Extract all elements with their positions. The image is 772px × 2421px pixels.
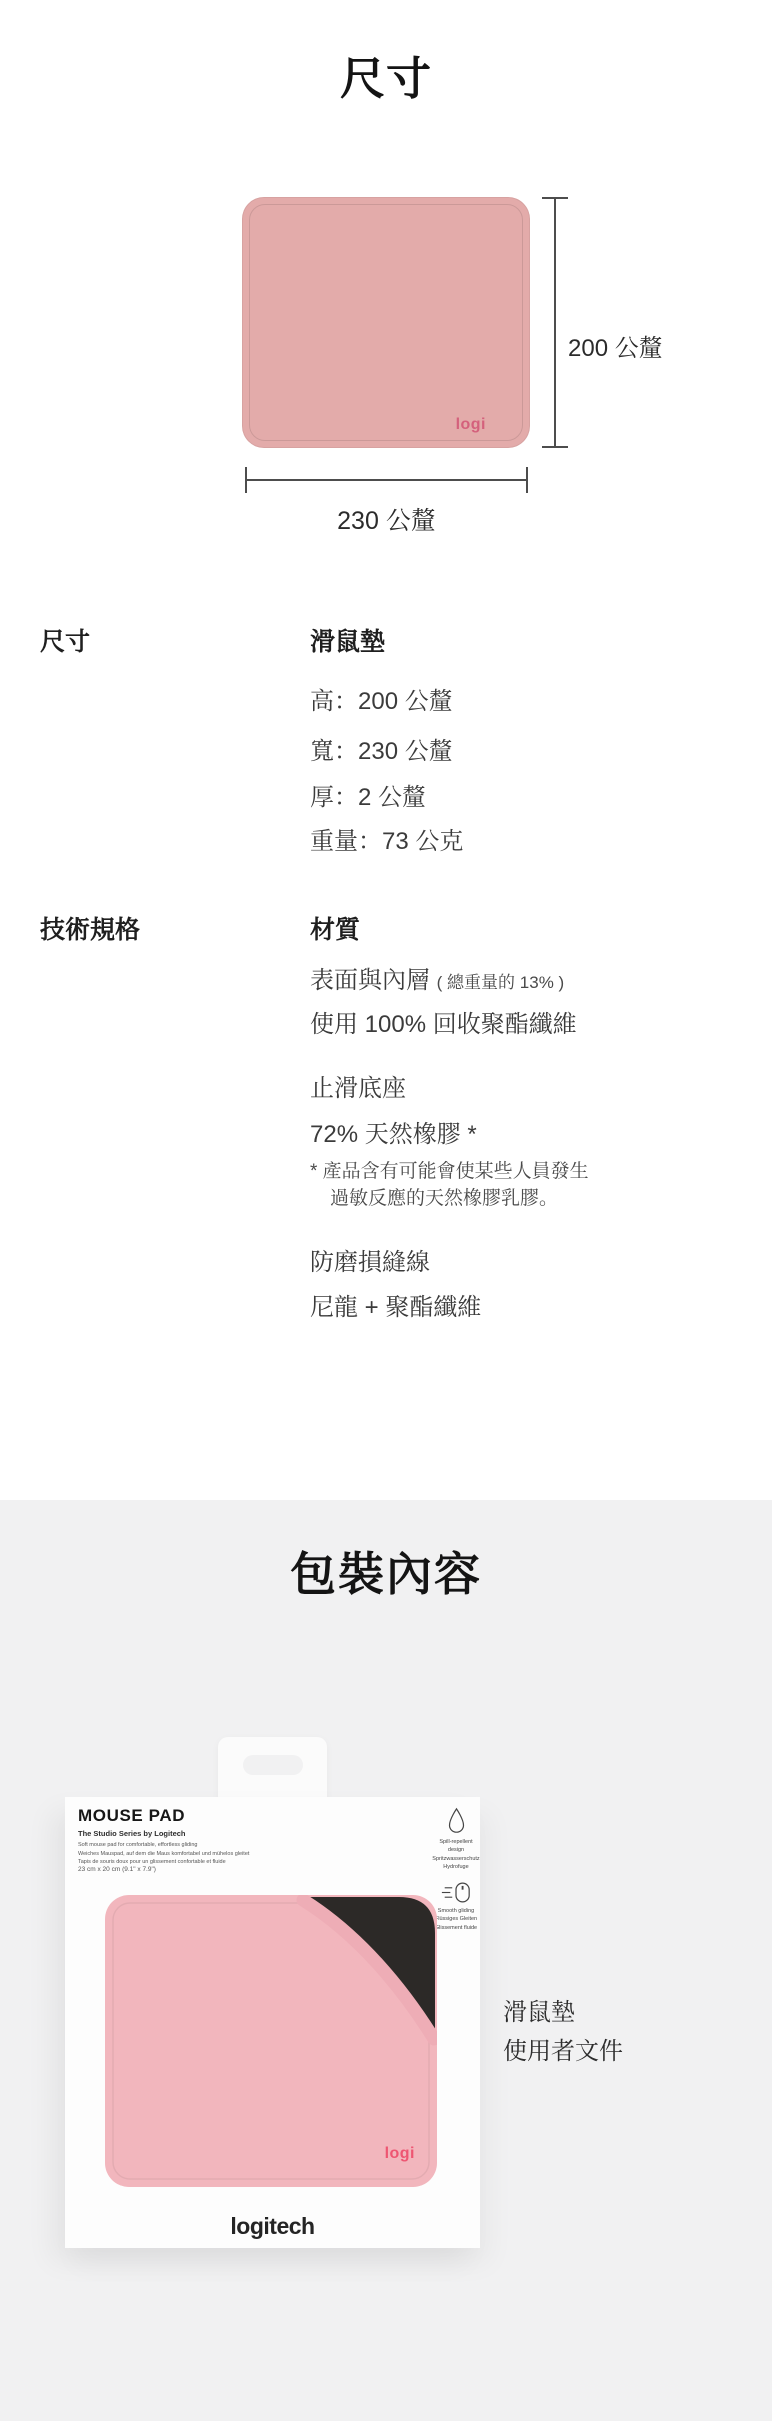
- logitech-wordmark: logitech: [65, 2213, 480, 2240]
- hang-tab-hole: [243, 1755, 303, 1775]
- feature-line: Hydrofuge: [414, 1863, 498, 1871]
- caption-mousepad: 滑鼠墊: [503, 1993, 623, 2032]
- spec-row-label-tech: 技術規格: [40, 910, 140, 946]
- spec-line-surface-value: 使用 100% 回收聚酯纖維: [310, 1004, 577, 1039]
- spec-line-surface: 表面與內層 ( 總重量的 13% ): [310, 960, 564, 995]
- feature-line: Spill-repellent: [414, 1838, 498, 1846]
- package-series-line: The Studio Series by Logitech: [78, 1829, 186, 1838]
- package-contents-caption: 滑鼠墊 使用者文件: [503, 1993, 623, 2071]
- spec-line-thickness: 厚：2 公釐: [310, 777, 426, 812]
- logi-logo: logi: [456, 416, 486, 434]
- logi-logo: logi: [385, 2145, 415, 2163]
- spec-footnote-2: 過敏反應的天然橡膠乳膠。: [330, 1183, 558, 1210]
- droplet-icon: [414, 1807, 498, 1835]
- spec-line-width: 寬：230 公釐: [310, 731, 453, 766]
- dimensions-title: 尺寸: [0, 42, 772, 107]
- spec-row-label-dimensions: 尺寸: [40, 622, 90, 658]
- package-desc-de: Weiches Mauspad, auf dem die Maus komfor…: [78, 1850, 249, 1859]
- feature-spill-repellent: Spill-repellent design Spritzwasserschut…: [414, 1807, 498, 1871]
- surface-note: ( 總重量的 13% ): [437, 973, 565, 992]
- feature-line: Spritzwasserschutz: [414, 1855, 498, 1863]
- package-mousepad-image: logi: [105, 1895, 437, 2187]
- spec-line-weight: 重量：73 公克: [310, 821, 463, 856]
- width-dimension-line: [245, 479, 528, 481]
- surface-text: 表面與內層: [310, 967, 430, 994]
- spec-line-stitch-heading: 防磨損縫線: [310, 1242, 430, 1277]
- spec-line-base-heading: 止滑底座: [310, 1068, 406, 1103]
- package-description: Soft mouse pad for comfortable, effortle…: [78, 1841, 249, 1867]
- package-contents-section: 包裝內容 MOUSE PAD The Studio Series by Logi…: [0, 1500, 772, 2421]
- package-size-line: 23 cm x 20 cm (9.1" x 7.9"): [78, 1866, 156, 1873]
- spec-line-base-value: 72% 天然橡膠 *: [310, 1114, 477, 1149]
- width-dimension-label: 230 公釐: [245, 501, 528, 537]
- spec-heading-mousepad: 滑鼠墊: [310, 622, 385, 658]
- mousepad-curl-graphic: [105, 1895, 437, 2187]
- package-product-title: MOUSE PAD: [78, 1806, 185, 1826]
- package-box: MOUSE PAD The Studio Series by Logitech …: [65, 1797, 480, 2248]
- dimensions-section: 尺寸 logi 200 公釐 230 公釐 尺寸 滑鼠墊 高：200 公釐 寬：…: [0, 0, 772, 1500]
- product-page: { "colors": { "page_bg": "#ffffff", "sec…: [0, 0, 772, 2421]
- spec-line-stitch-value: 尼龍 + 聚酯纖維: [310, 1287, 481, 1322]
- height-dimension-label: 200 公釐: [568, 328, 663, 363]
- height-dimension-line: [554, 197, 556, 448]
- spec-footnote-1: * 產品含有可能會使某些人員發生: [310, 1156, 589, 1183]
- feature-line: design: [414, 1846, 498, 1854]
- spec-heading-material: 材質: [310, 910, 360, 946]
- spec-line-height: 高：200 公釐: [310, 681, 453, 716]
- mousepad-illustration: logi: [242, 197, 530, 448]
- package-desc-en: Soft mouse pad for comfortable, effortle…: [78, 1841, 249, 1850]
- package-title: 包裝內容: [0, 1538, 772, 1604]
- caption-user-docs: 使用者文件: [503, 2032, 623, 2071]
